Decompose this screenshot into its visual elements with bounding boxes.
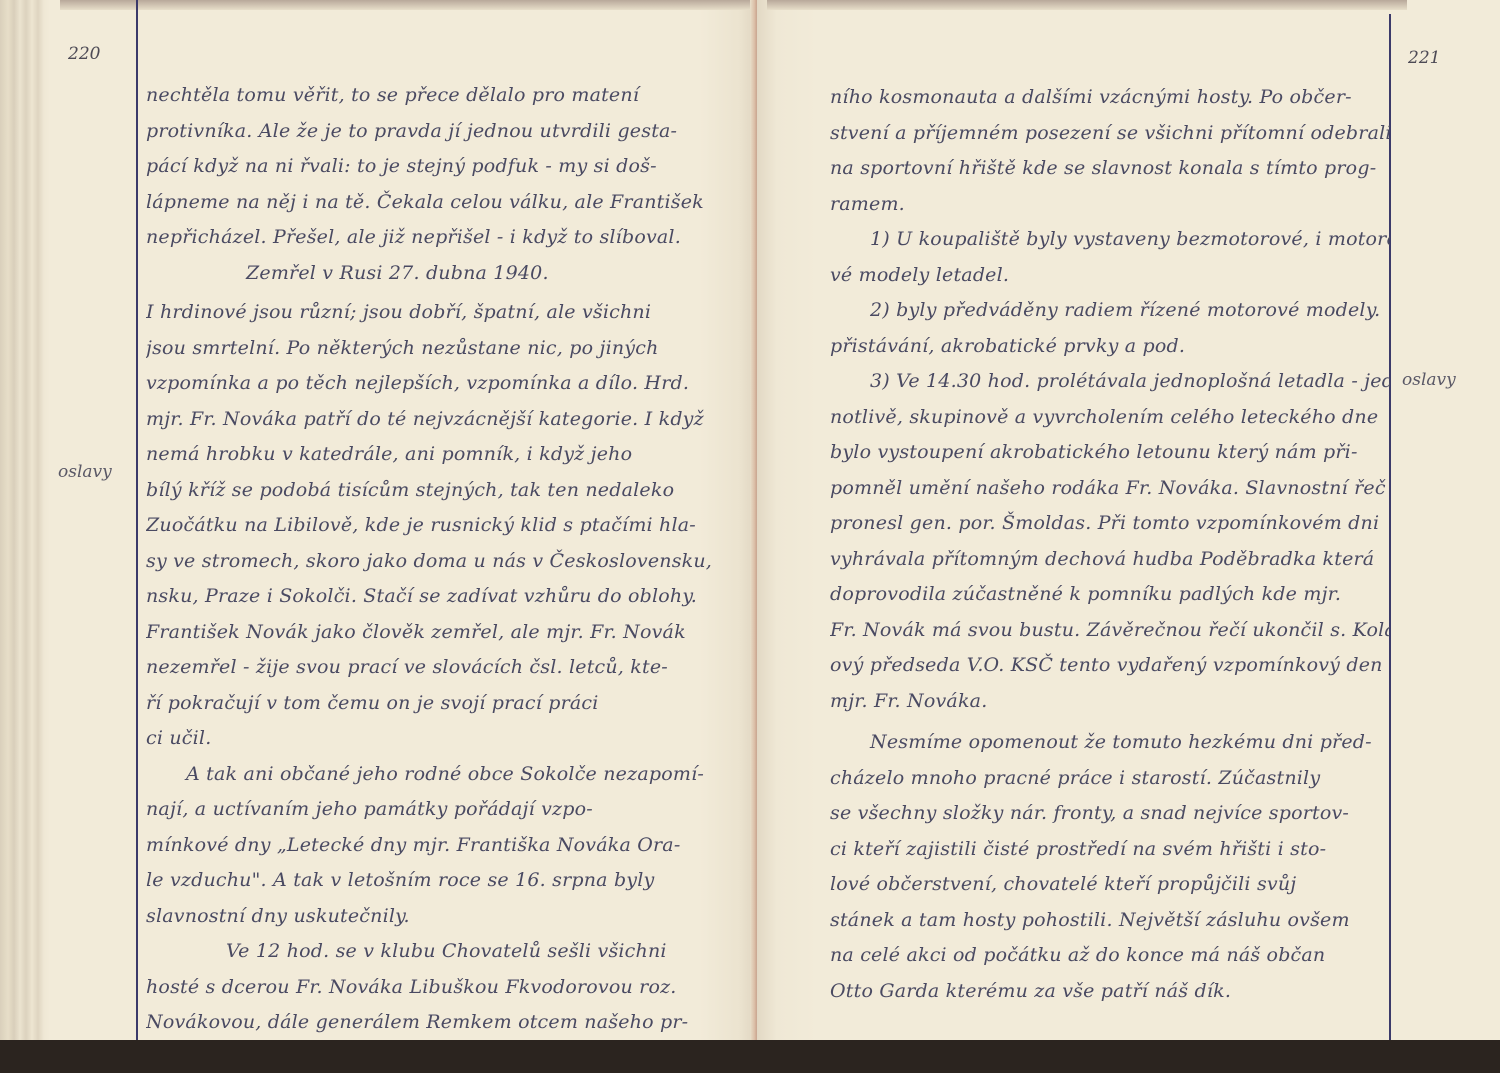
text-line: se všechny složky nár. fronty, a snad ne… (830, 796, 1390, 832)
text-line: ci kteří zajistili čisté prostředí na sv… (830, 832, 1390, 868)
text-line: Nesmíme opomenout že tomuto hezkému dni … (830, 725, 1390, 761)
text-line: notlivě, skupinově a vyvrcholením celého… (830, 400, 1390, 436)
text-line: bylo vystoupení akrobatického letounu kt… (830, 435, 1390, 471)
text-line: stánek a tam hosty pohostili. Největší z… (830, 903, 1390, 939)
text-line: nemá hrobku v katedrále, ani pomník, i k… (146, 437, 736, 473)
text-line: nají, a uctívaním jeho památky pořádají … (146, 792, 736, 828)
text-line: Otto Garda kterému za vše patří náš dík. (830, 974, 1390, 1010)
text-line: ří pokračují v tom čemu on je svojí prac… (146, 686, 736, 722)
text-line: přistávání, akrobatické prvky a pod. (830, 329, 1390, 365)
text-line: vzpomínka a po těch nejlepších, vzpomínk… (146, 366, 736, 402)
text-line: ního kosmonauta a dalšími vzácnými hosty… (830, 80, 1390, 116)
text-line: sy ve stromech, skoro jako doma u nás v … (146, 544, 736, 580)
text-line: le vzduchu". A tak v letošním roce se 16… (146, 863, 736, 899)
margin-note: oslavy (1402, 370, 1456, 390)
page-top-edge (767, 0, 1407, 10)
margin-note: oslavy (58, 462, 112, 482)
text-line: ový předseda V.O. KSČ tento vydařený vzp… (830, 648, 1390, 684)
text-line: stvení a příjemném posezení se všichni p… (830, 116, 1390, 152)
text-line: na sportovní hřiště kde se slavnost kona… (830, 151, 1390, 187)
book-bottom-shadow (0, 1040, 1500, 1073)
text-line: bílý kříž se podobá tisícům stejných, ta… (146, 473, 736, 509)
text-line-dateline: Zemřel v Rusi 27. dubna 1940. (146, 256, 736, 292)
text-line: Fr. Novák má svou bustu. Závěrečnou řečí… (830, 613, 1390, 649)
page-top-edge (60, 0, 750, 10)
text-line: František Novák jako člověk zemřel, ale … (146, 615, 736, 651)
text-line: Ve 12 hod. se v klubu Chovatelů sešli vš… (146, 934, 736, 970)
text-line: cházelo mnoho pracné práce i starostí. Z… (830, 761, 1390, 797)
text-line: Novákovou, dále generálem Remkem otcem n… (146, 1005, 736, 1041)
text-line: vé modely letadel. (830, 258, 1390, 294)
text-line: ramem. (830, 187, 1390, 223)
text-line: pronesl gen. por. Šmoldas. Při tomto vzp… (830, 506, 1390, 542)
text-line: na celé akci od počátku až do konce má n… (830, 938, 1390, 974)
right-page: 221 oslavy ního kosmonauta a dalšími vzá… (757, 0, 1500, 1050)
text-line: jsou smrtelní. Po některých nezůstane ni… (146, 331, 736, 367)
left-page-text: nechtěla tomu věřit, to se přece dělalo … (146, 78, 736, 1041)
text-line: pomněl umění našeho rodáka Fr. Nováka. S… (830, 471, 1390, 507)
text-line: lápneme na něj i na tě. Čekala celou vál… (146, 185, 736, 221)
text-line: I hrdinové jsou různí; jsou dobří, špatn… (146, 295, 736, 331)
text-line: vyhrávala přítomným dechová hudba Poděbr… (830, 542, 1390, 578)
right-page-text: ního kosmonauta a dalšími vzácnými hosty… (830, 80, 1390, 1009)
page-number: 220 (68, 44, 100, 64)
text-line: nezemřel - žije svou prací ve slovácích … (146, 650, 736, 686)
text-line: 1) U koupaliště byly vystaveny bezmotoro… (830, 222, 1390, 258)
text-line: 2) byly předváděny radiem řízené motorov… (830, 293, 1390, 329)
text-line: nsku, Praze i Sokolči. Stačí se zadívat … (146, 579, 736, 615)
text-line: nechtěla tomu věřit, to se přece dělalo … (146, 78, 736, 114)
text-line: slavnostní dny uskutečnily. (146, 899, 736, 935)
margin-rule (136, 0, 138, 1045)
text-line: lové občerstvení, chovatelé kteří propůj… (830, 867, 1390, 903)
text-line: 3) Ve 14.30 hod. prolétávala jednoplošná… (830, 364, 1390, 400)
text-line: doprovodila zúčastněné k pomníku padlých… (830, 577, 1390, 613)
text-line: pácí když na ni řvali: to je stejný podf… (146, 149, 736, 185)
text-line: mínkové dny „Letecké dny mjr. Františka … (146, 828, 736, 864)
text-line: A tak ani občané jeho rodné obce Sokolče… (146, 757, 736, 793)
book-spread: 220 oslavy nechtěla tomu věřit, to se př… (0, 0, 1500, 1073)
text-line: ci učil. (146, 721, 736, 757)
text-line: protivníka. Ale že je to pravda jí jedno… (146, 114, 736, 150)
text-line: mjr. Fr. Nováka. (830, 684, 1390, 720)
page-number: 221 (1408, 48, 1440, 68)
text-line: Zuočátku na Libilově, kde je rusnický kl… (146, 508, 736, 544)
text-line: nepřicházel. Přešel, ale již nepřišel - … (146, 220, 736, 256)
text-line: mjr. Fr. Nováka patří do té nejvzácnější… (146, 402, 736, 438)
text-line: hosté s dcerou Fr. Nováka Libuškou Fkvod… (146, 970, 736, 1006)
left-page: 220 oslavy nechtěla tomu věřit, to se př… (0, 0, 755, 1050)
